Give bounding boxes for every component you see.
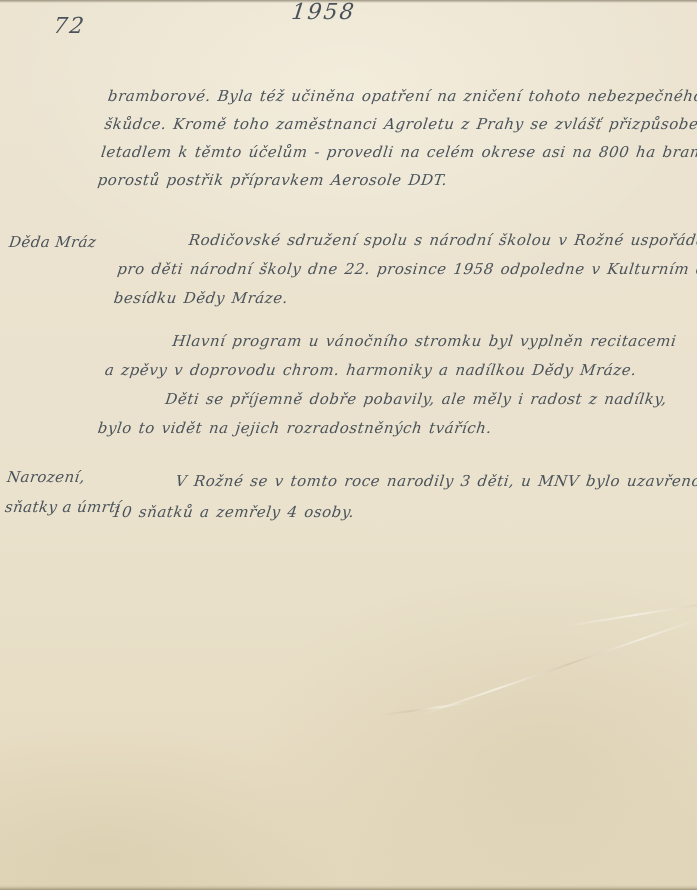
handwritten-line: pro děti národní školy dne 22. prosince … [116, 255, 697, 284]
handwritten-line: porostů postřik přípravkem Aerosole DDT. [96, 166, 697, 194]
handwritten-line: V Rožné se v tomto roce narodily 3 děti,… [100, 466, 697, 497]
margin-note-narozeni: Narození, [6, 468, 86, 486]
margin-note-deda-mraz: Děda Mráz [8, 233, 97, 251]
handwritten-line: bramborové. Byla též učiněna opatření na… [106, 82, 697, 110]
year-heading: 1958 [290, 0, 357, 25]
page-bottom-edge-shadow [0, 885, 697, 890]
paragraph-statistika: V Rožné se v tomto roce narodily 3 děti,… [96, 466, 697, 528]
handwritten-line: škůdce. Kromě toho zaměstnanci Agroletu … [103, 110, 697, 138]
handwritten-line: a zpěvy v doprovodu chrom. harmoniky a n… [103, 356, 697, 385]
handwritten-line: bylo to vidět na jejich rozradostněných … [96, 414, 697, 443]
handwritten-line: Děti se příjemně dobře pobavily, ale měl… [100, 385, 697, 414]
handwritten-line: 10 sňatků a zemřely 4 osoby. [96, 497, 697, 528]
paragraph-ddt: bramborové. Byla též učiněna opatření na… [96, 82, 697, 194]
handwritten-line: Hlavní program u vánočního stromku byl v… [107, 327, 697, 356]
paragraph-deda-mraz: Rodičovské sdružení spolu s národní škol… [96, 226, 697, 443]
handwritten-line: letadlem k těmto účelům - provedli na ce… [99, 138, 697, 166]
handwritten-line: besídku Dědy Mráze. [112, 284, 697, 313]
page-number: 72 [52, 14, 87, 39]
chronicle-page: 72 1958 bramborové. Byla též učiněna opa… [0, 0, 697, 890]
handwritten-line: Rodičovské sdružení spolu s národní škol… [119, 226, 697, 255]
paper-crease [561, 602, 697, 627]
